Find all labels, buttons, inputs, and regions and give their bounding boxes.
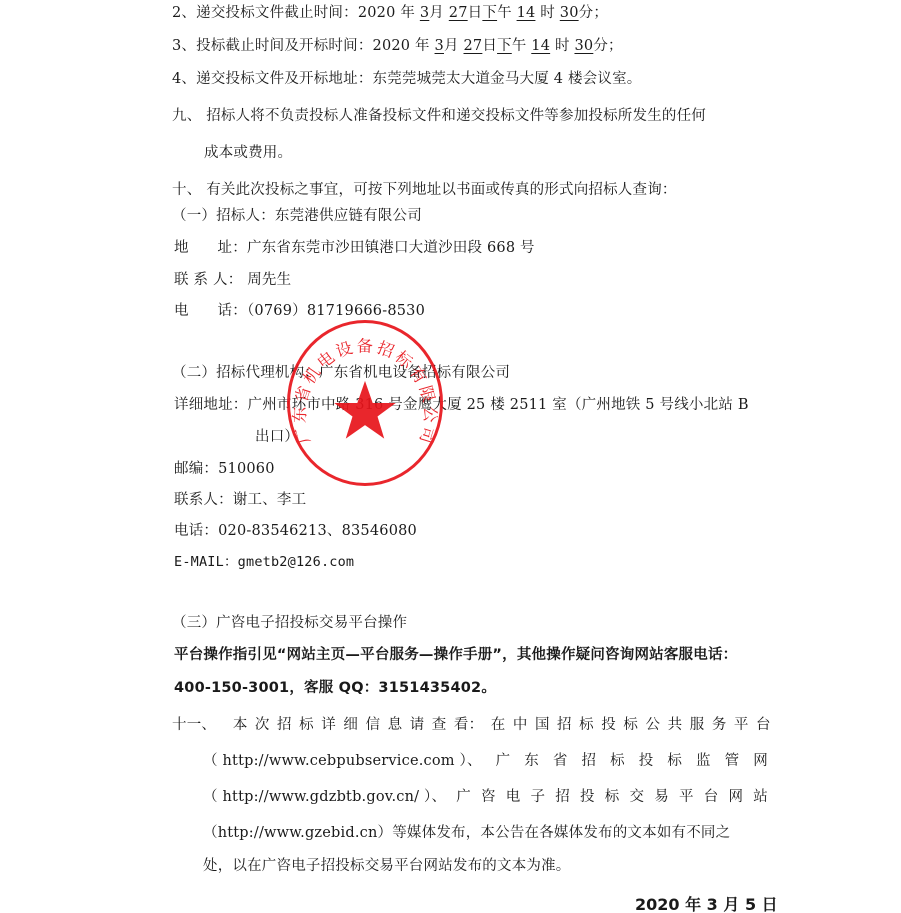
char: 请 (410, 715, 425, 735)
char: 台 (756, 715, 771, 735)
char: 监 (696, 751, 711, 771)
bid-deadline-line: 2、递交投标文件截止时间：2020 年 3月 27日下午 14 时 30分； (172, 3, 608, 23)
bid-deadline-prefix: 2、递交投标文件截止时间：2020 年 (172, 5, 420, 21)
agency-email: E-MAIL：gmetb2@126.com (174, 552, 354, 572)
gdzbtb-link[interactable]: （ http://www.gdzbtb.gov.cn/ ）、 (203, 787, 446, 807)
section-11-prefix: 十一、 (172, 715, 228, 735)
agency-address-label: 详细地址： (174, 397, 248, 413)
agency-address-line-2: 出口） (255, 427, 299, 447)
char: 平 (679, 787, 694, 807)
char: 共 (668, 715, 683, 735)
char: 本 (233, 715, 248, 735)
month-label: 月 (444, 38, 464, 54)
bid-opening-minute: 30 (574, 38, 593, 54)
bid-location-line: 4、递交投标文件及开标地址：东莞莞城莞太大道金马大厦 4 楼会议室。 (172, 69, 641, 89)
agency-phone: 电话：020-83546213、83546080 (174, 521, 417, 541)
char: 在 (491, 715, 506, 735)
section-9-line-2: 成本或费用。 (204, 143, 292, 163)
section-9-line-1: 九、 招标人将不负责投标人准备投标文件和递交投标文件等参加投标所发生的任何 (172, 106, 706, 126)
bid-opening-day: 27 (464, 38, 483, 54)
char: 站 (753, 787, 768, 807)
char: 标 (610, 751, 625, 771)
char: 广 (496, 751, 511, 771)
char: 查 (432, 715, 447, 735)
seal-text: 广东省机电设备招标有限公司 (290, 336, 440, 448)
section-11-line-4: （http://www.gzebid.cn）等媒体发布，本公告在各媒体发布的文本… (203, 823, 730, 843)
day-label: 日 (482, 38, 497, 54)
bid-deadline-day: 27 (449, 5, 468, 21)
char: 子 (530, 787, 545, 807)
agency-heading: （二）招标代理机构：广东省机电设备招标有限公司 (172, 363, 510, 383)
bid-opening-prefix: 3、投标截止时间及开标时间：2020 年 (172, 38, 435, 54)
char: 务 (712, 715, 727, 735)
agency-address-line: 详细地址：广州市环市中路 316 号金鹰大厦 25 楼 2511 室（广州地铁 … (174, 395, 749, 415)
platform-guide-line-1: 平台操作指引见“网站主页—平台服务—操作手册”，其他操作疑问咨询网站客服电话： (174, 645, 737, 665)
char: 交 (629, 787, 644, 807)
bid-deadline-ampm: 下 (482, 5, 497, 21)
char: 易 (654, 787, 669, 807)
bid-deadline-month: 3 (420, 5, 429, 21)
char: 细 (343, 715, 358, 735)
char: 东 (524, 751, 539, 771)
ampm-suffix: 午 (497, 5, 517, 21)
section-11-line-1-text: 本次招标详细信息请查看：在中国招标投标公共服务平台 (233, 715, 771, 735)
section-11-line-1: 十一、 本次招标详细信息请查看：在中国招标投标公共服务平台 (172, 715, 771, 735)
minute-label: 分； (579, 5, 608, 21)
tenderer-phone-line: 电 话：（0769）81719666-8530 (174, 301, 425, 321)
address-label: 地 址： (174, 240, 247, 256)
month-label: 月 (429, 5, 449, 21)
section-10-title: 十、 有关此次投标之事宜，可按下列地址以书面或传真的形式向招标人查询： (172, 180, 677, 200)
char: 平 (734, 715, 749, 735)
bid-opening-hour: 14 (531, 38, 550, 54)
minute-label: 分； (593, 38, 622, 54)
tenderer-contact: 周先生 (242, 272, 291, 288)
section-11-line-2: （ http://www.cebpubservice.com ）、广东省招标投标… (203, 751, 768, 771)
hour-label: 时 (535, 5, 559, 21)
bid-opening-month: 3 (435, 38, 444, 54)
char: 标 (605, 787, 620, 807)
agency-contacts: 联系人：谢工、李工 (174, 490, 306, 510)
notice-date: 2020 年 3 月 5 日 (635, 892, 778, 913)
phone-label: 电 话： (174, 303, 247, 319)
agency-postcode: 邮编：510060 (174, 459, 275, 479)
char: 标 (579, 715, 594, 735)
agency-address: 广州市环市中路 316 号金鹰大厦 25 楼 2511 室（广州地铁 5 号线小… (248, 397, 749, 413)
tenderer-address: 广东省东莞市沙田镇港口大道沙田段 668 号 (247, 240, 535, 256)
char: 管 (725, 751, 740, 771)
char: 招 (555, 787, 570, 807)
char: 息 (388, 715, 403, 735)
bid-opening-line: 3、投标截止时间及开标时间：2020 年 3月 27日下午 14 时 30分； (172, 36, 623, 56)
bid-opening-ampm: 下 (497, 38, 512, 54)
tenderer-heading: （一）招标人：东莞港供应链有限公司 (172, 206, 422, 226)
char: 标 (667, 751, 682, 771)
document-page: 2、递交投标文件截止时间：2020 年 3月 27日下午 14 时 30分； 3… (0, 0, 901, 913)
ampm-suffix: 午 (512, 38, 532, 54)
contact-label: 联 系 人： (174, 272, 242, 288)
char: 标 (299, 715, 314, 735)
char: 看： (454, 715, 483, 735)
tenderer-phone: （0769）81719666-8530 (247, 303, 425, 319)
char: 招 (277, 715, 292, 735)
char: 投 (639, 751, 654, 771)
char: 次 (255, 715, 270, 735)
hour-label: 时 (550, 38, 574, 54)
char: 电 (506, 787, 521, 807)
section-11-line-5: 处，以在广咨电子招投标交易平台网站发布的文本为准。 (203, 856, 571, 876)
char: 标 (623, 715, 638, 735)
char: 招 (582, 751, 597, 771)
platform-heading: （三）广咨电子招投标交易平台操作 (172, 613, 407, 633)
char: 信 (365, 715, 380, 735)
char: 广 (456, 787, 471, 807)
char: 国 (535, 715, 550, 735)
tenderer-contact-line: 联 系 人： 周先生 (174, 270, 291, 290)
char: 公 (645, 715, 660, 735)
char: 详 (321, 715, 336, 735)
char: 服 (690, 715, 705, 735)
char: 招 (557, 715, 572, 735)
char: 中 (513, 715, 528, 735)
cebpubservice-link[interactable]: （ http://www.cebpubservice.com ）、 (203, 751, 482, 771)
bid-deadline-minute: 30 (560, 5, 579, 21)
day-label: 日 (468, 5, 483, 21)
char: 网 (753, 751, 768, 771)
char: 咨 (481, 787, 496, 807)
section-11-line-3: （ http://www.gdzbtb.gov.cn/ ）、广咨电子招投标交易平… (203, 787, 768, 807)
char: 台 (704, 787, 719, 807)
bid-deadline-hour: 14 (517, 5, 536, 21)
platform-guide-line-2: 400-150-3001，客服 QQ：3151435402。 (174, 678, 496, 698)
char: 省 (553, 751, 568, 771)
char: 网 (728, 787, 743, 807)
char: 投 (580, 787, 595, 807)
tenderer-address-line: 地 址：广东省东莞市沙田镇港口大道沙田段 668 号 (174, 238, 535, 258)
char: 投 (601, 715, 616, 735)
